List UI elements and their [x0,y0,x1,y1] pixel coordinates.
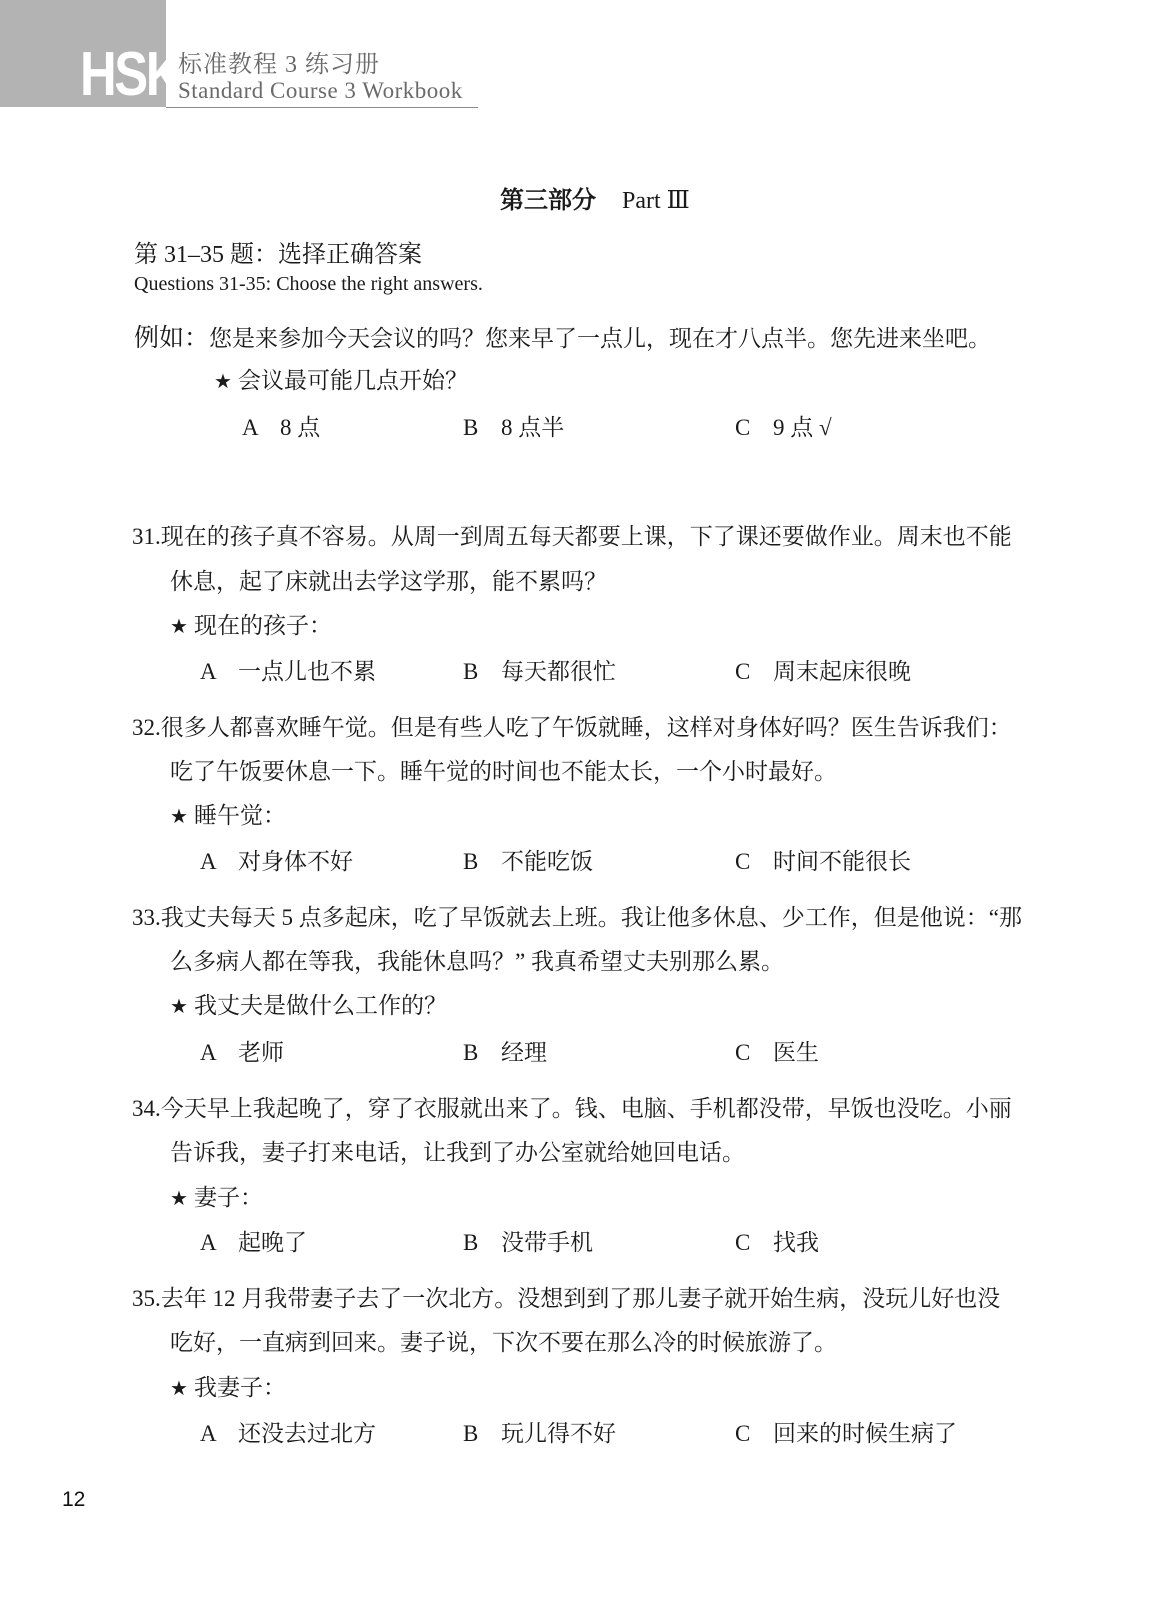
question-text: 去年 12 月我带妻子去了一次北方。没想到到了那儿妻子就开始生病，没玩儿好也没 [161,1286,1001,1311]
instruction-english: Questions 31-35: Choose the right answer… [134,273,483,296]
part-heading-cn: 第三部分 [500,186,596,214]
question-32-line2: 吃了午饭要休息一下。睡午觉的时间也不能太长，一个小时最好。 [170,753,837,786]
option-text: 不能吃饭 [501,849,593,874]
option-letter: B [463,1421,501,1447]
star-icon: ★ [170,994,188,1018]
option-letter: C [735,1040,773,1066]
question-34-line1: 34.今天早上我起晚了，穿了衣服就出来了。钱、电脑、手机都没带，早饭也没吃。小丽 [132,1090,1012,1123]
prompt-text: 现在的孩子： [194,613,332,638]
question-31-prompt: ★现在的孩子： [170,607,332,640]
question-34-line2: 告诉我，妻子打来电话，让我到了办公室就给她回电话。 [170,1134,745,1167]
question-35-option-c: C回来的时候生病了 [735,1415,957,1448]
question-number: 31. [132,524,161,550]
option-text: 对身体不好 [238,849,353,874]
header-gray-block: HSK [0,0,166,107]
book-title: 标准教程 3 练习册 Standard Course 3 Workbook [166,40,478,108]
instruction-chinese: 第 31–35 题：选择正确答案 [134,234,422,269]
option-text: 还没去过北方 [238,1421,376,1446]
hsk-logo: HSK [80,44,180,106]
book-title-chinese: 标准教程 3 练习册 [178,44,380,79]
option-letter: A [200,1421,238,1447]
star-icon: ★ [170,1376,188,1400]
prompt-text: 妻子： [194,1185,263,1210]
option-letter: A [200,849,238,875]
question-number: 33. [132,905,161,931]
star-icon: ★ [170,614,188,638]
option-text: 找我 [773,1230,819,1255]
option-letter: C [735,659,773,685]
question-34-option-b: B没带手机 [463,1224,593,1257]
option-letter: B [463,415,501,441]
option-letter: B [463,659,501,685]
question-32-option-b: B不能吃饭 [463,843,593,876]
question-34-option-c: C找我 [735,1224,819,1257]
option-text: 8 点半 [501,415,564,440]
prompt-text: 我丈夫是做什么工作的？ [194,993,447,1018]
question-33-option-a: A老师 [200,1034,284,1067]
option-text: 9 点 √ [773,415,832,440]
option-text: 老师 [238,1040,284,1065]
star-icon: ★ [170,804,188,828]
option-text: 玩儿得不好 [501,1421,616,1446]
option-text: 每天都很忙 [501,659,616,684]
question-text: 很多人都喜欢睡午觉。但是有些人吃了午饭就睡，这样对身体好吗？医生告诉我们： [161,715,1012,740]
option-text: 经理 [501,1040,547,1065]
option-text: 周末起床很晚 [773,659,911,684]
example-question-text: 会议最可能几点开始？ [238,368,468,393]
example-option-b: B8 点半 [463,409,564,442]
option-text: 起晚了 [238,1230,307,1255]
option-text: 没带手机 [501,1230,593,1255]
question-31-option-b: B每天都很忙 [463,653,616,686]
option-text: 时间不能很长 [773,849,911,874]
question-31-line2: 休息，起了床就出去学这学那，能不累吗？ [170,563,607,596]
option-letter: A [200,1040,238,1066]
option-letter: B [463,1040,501,1066]
question-32-prompt: ★睡午觉： [170,797,286,830]
option-letter: C [735,849,773,875]
question-35-prompt: ★我妻子： [170,1369,286,1402]
question-33-line2: 么多病人都在等我，我能休息吗？” 我真希望丈夫别那么累。 [170,943,784,976]
option-letter: A [200,1230,238,1256]
question-32-option-a: A对身体不好 [200,843,353,876]
example-label: 例如：您是来参加今天会议的吗？您来早了一点儿，现在才八点半。您先进来坐吧。 [134,318,991,354]
question-number: 35. [132,1286,161,1312]
option-text: 一点儿也不累 [238,659,376,684]
question-33-option-c: C医生 [735,1034,819,1067]
example-label-text: 例如： [134,325,209,352]
part-heading-en: Part Ⅲ [622,188,690,214]
question-31-line1: 31.现在的孩子真不容易。从周一到周五每天都要上课，下了课还要做作业。周末也不能 [132,518,1012,551]
question-text: 现在的孩子真不容易。从周一到周五每天都要上课，下了课还要做作业。周末也不能 [161,524,1012,549]
example-option-a: A8 点 [242,409,320,442]
example-text: 您是来参加今天会议的吗？您来早了一点儿，现在才八点半。您先进来坐吧。 [209,326,991,351]
question-text: 今天早上我起晚了，穿了衣服就出来了。钱、电脑、手机都没带，早饭也没吃。小丽 [161,1096,1012,1121]
option-letter: C [735,415,773,441]
option-text: 8 点 [280,415,320,440]
star-icon: ★ [170,1186,188,1210]
option-letter: C [735,1230,773,1256]
question-34-prompt: ★妻子： [170,1179,263,1212]
question-33-prompt: ★我丈夫是做什么工作的？ [170,987,447,1020]
star-icon: ★ [214,369,232,393]
example-question: ★会议最可能几点开始？ [214,362,468,395]
option-text: 医生 [773,1040,819,1065]
question-32-option-c: C时间不能很长 [735,843,911,876]
question-32-line1: 32.很多人都喜欢睡午觉。但是有些人吃了午饭就睡，这样对身体好吗？医生告诉我们： [132,709,1012,742]
question-text: 我丈夫每天 5 点多起床，吃了早饭就去上班。我让他多休息、少工作，但是他说：“那 [161,905,1022,930]
book-title-english: Standard Course 3 Workbook [178,78,463,104]
question-31-option-a: A一点儿也不累 [200,653,376,686]
part-heading: 第三部分Part Ⅲ [500,180,690,215]
question-35-option-b: B玩儿得不好 [463,1415,616,1448]
question-33-line1: 33.我丈夫每天 5 点多起床，吃了早饭就去上班。我让他多休息、少工作，但是他说… [132,899,1022,932]
question-number: 34. [132,1096,161,1122]
question-34-option-a: A起晚了 [200,1224,307,1257]
prompt-text: 睡午觉： [194,803,286,828]
prompt-text: 我妻子： [194,1375,286,1400]
question-35-line2: 吃好，一直病到回来。妻子说，下次不要在那么冷的时候旅游了。 [170,1324,837,1357]
question-31-option-c: C周末起床很晚 [735,653,911,686]
question-35-option-a: A还没去过北方 [200,1415,376,1448]
option-letter: B [463,849,501,875]
option-letter: C [735,1421,773,1447]
page-number: 12 [62,1488,85,1512]
option-letter: A [200,659,238,685]
question-number: 32. [132,715,161,741]
option-text: 回来的时候生病了 [773,1421,957,1446]
example-option-c: C9 点 √ [735,409,832,442]
question-33-option-b: B经理 [463,1034,547,1067]
question-35-line1: 35.去年 12 月我带妻子去了一次北方。没想到到了那儿妻子就开始生病，没玩儿好… [132,1280,1000,1313]
option-letter: B [463,1230,501,1256]
option-letter: A [242,415,280,441]
